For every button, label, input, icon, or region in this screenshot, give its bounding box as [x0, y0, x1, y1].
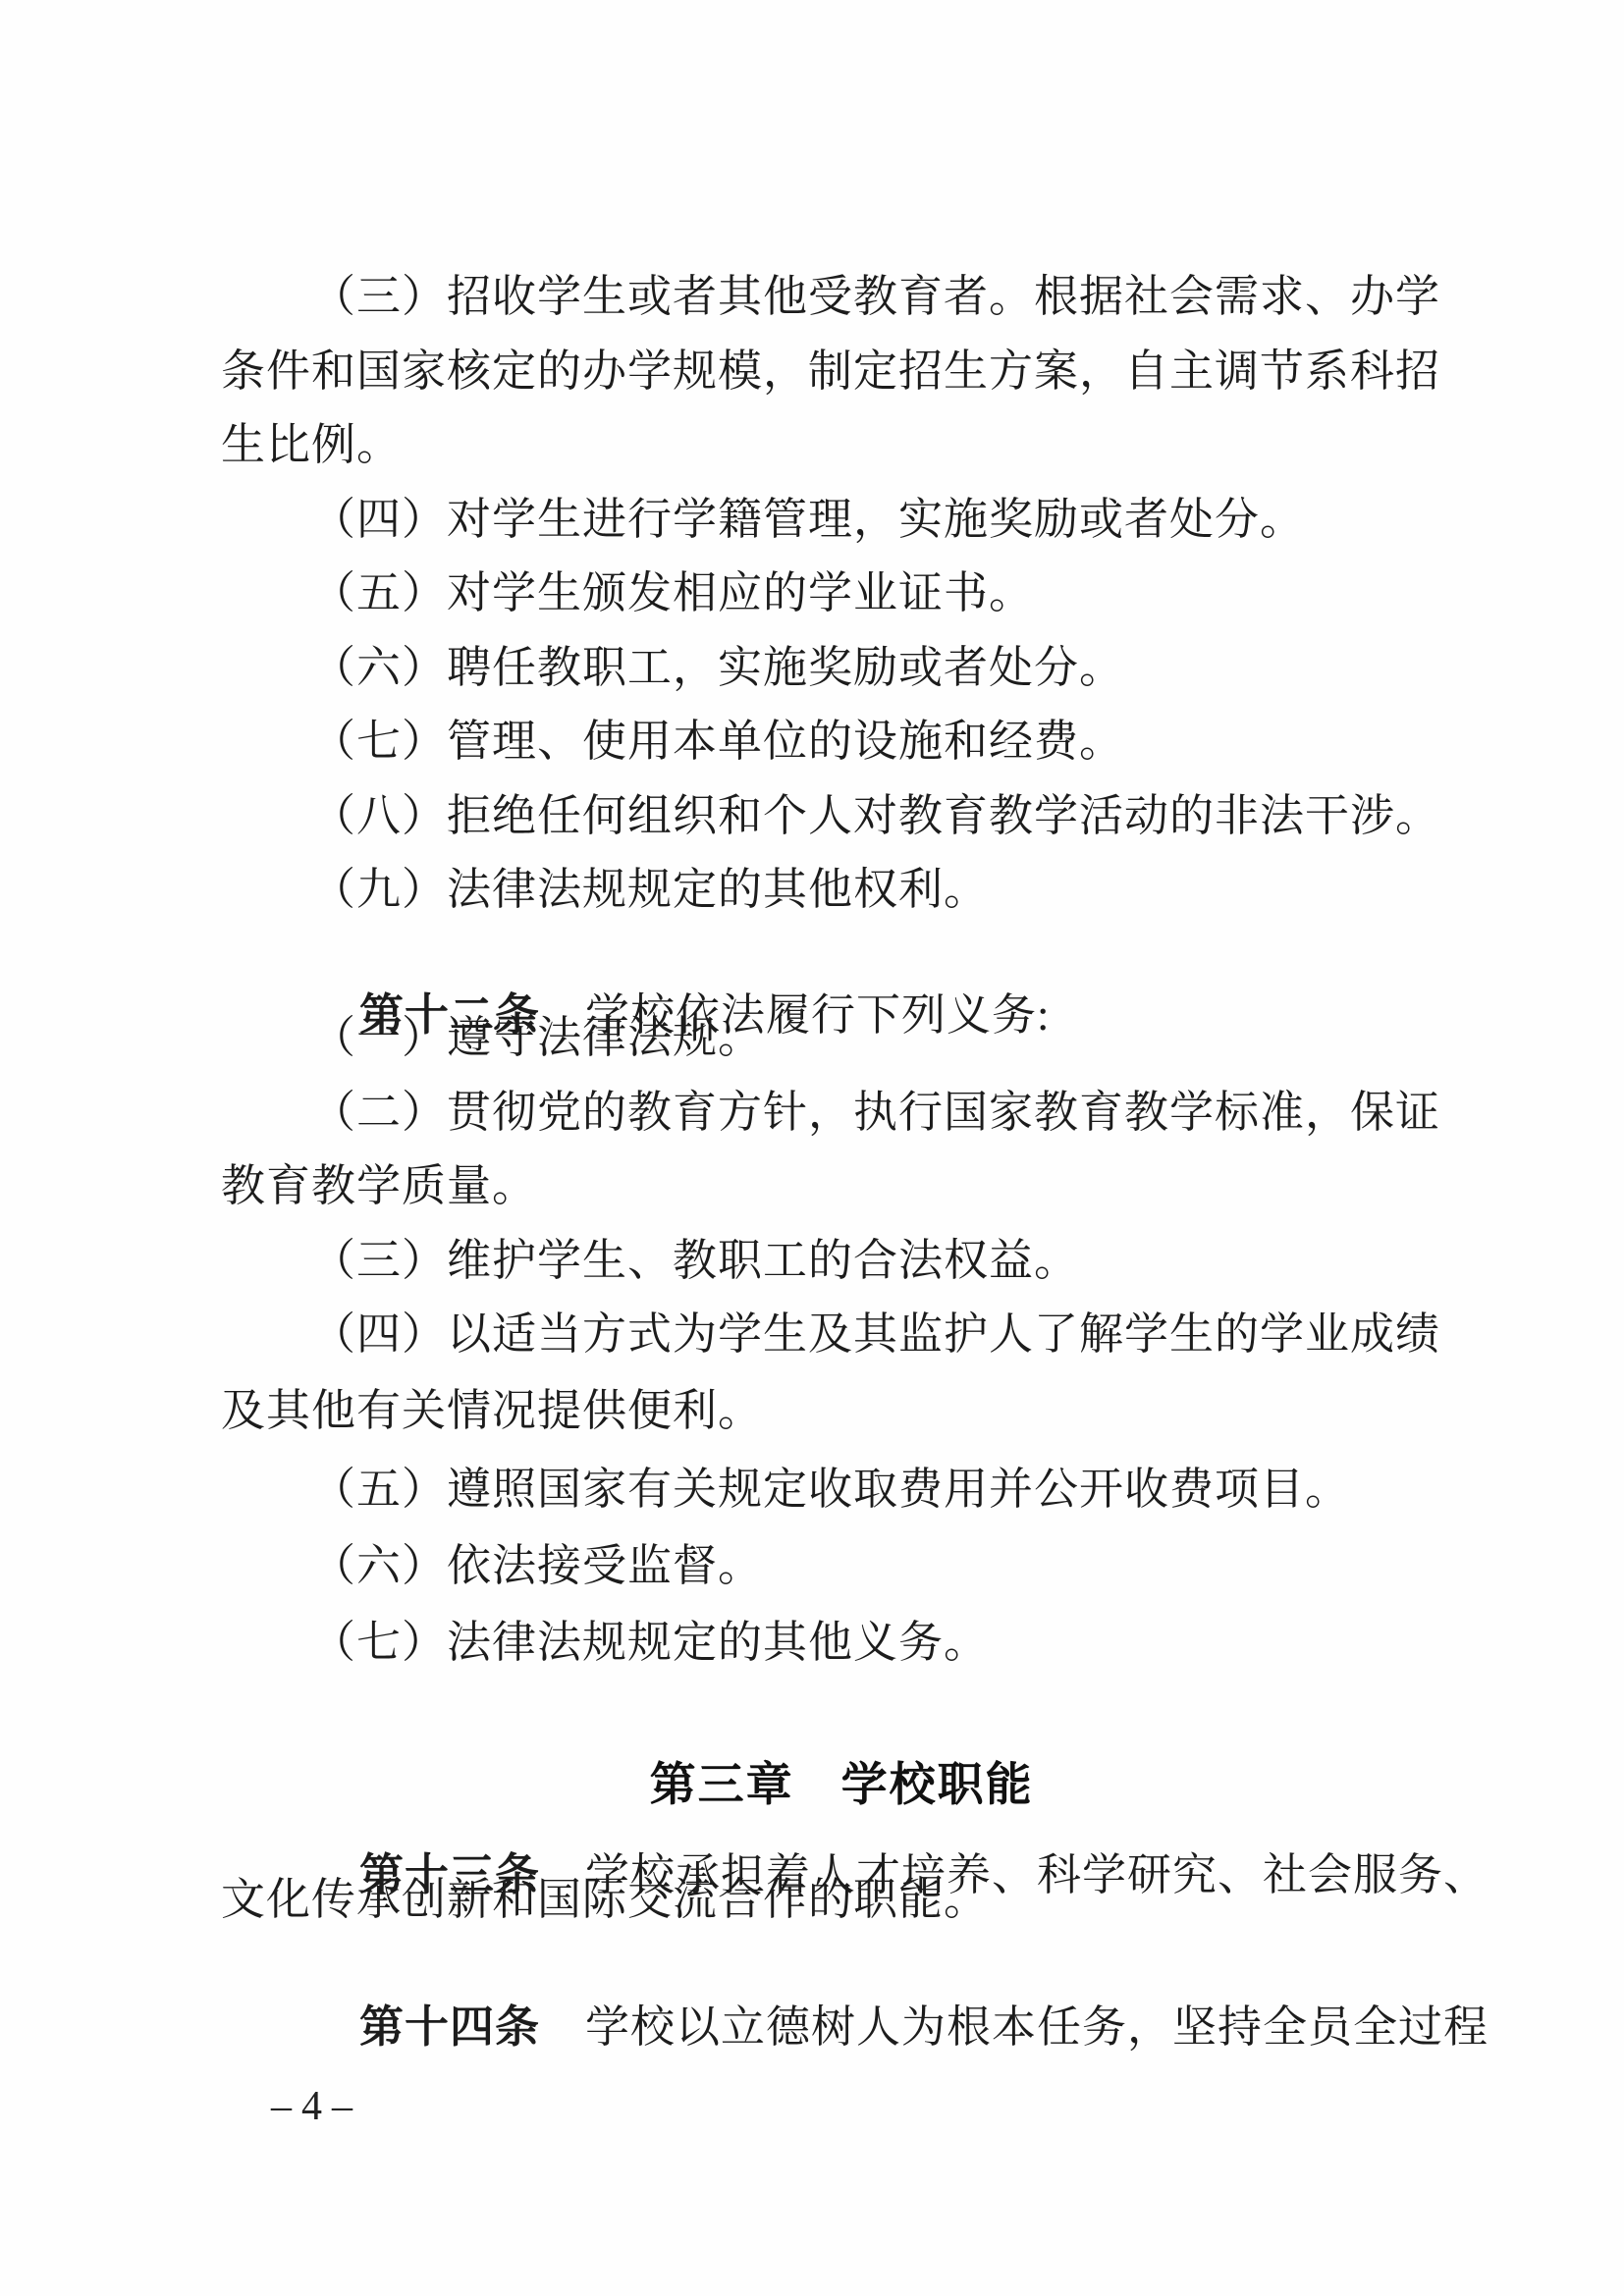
page-number: –4–	[271, 2083, 362, 2130]
article-number: 第十四条	[359, 2002, 540, 2052]
body-line: 及其他有关情况提供便利。	[221, 1386, 763, 1437]
body-line: （三）招收学生或者其他受教育者。根据社会需求、办学	[311, 272, 1440, 323]
body-line: （四）以适当方式为学生及其监护人了解学生的学业成绩	[311, 1309, 1440, 1361]
body-line: （九）法律法规规定的其他权利。	[311, 865, 989, 916]
article-text: 学校以立德树人为根本任务，坚持全员全过程	[585, 2002, 1489, 2052]
body-line: （七）法律法规规定的其他义务。	[311, 1618, 989, 1669]
body-line: 生比例。	[221, 420, 402, 471]
body-line: （六）依法接受监督。	[311, 1541, 763, 1592]
body-line: 文化传承创新和国际交流合作的职能。	[221, 1875, 989, 1926]
body-line: （四）对学生进行学籍管理，实施奖励或者处分。	[311, 495, 1305, 546]
body-line: （二）贯彻党的教育方针，执行国家教育教学标准，保证	[311, 1088, 1440, 1139]
body-line: （三）维护学生、教职工的合法权益。	[311, 1236, 1079, 1287]
body-line: （八）拒绝任何组织和个人对教育教学活动的非法干涉。	[311, 791, 1440, 842]
body-line: 教育教学质量。	[221, 1161, 537, 1212]
body-line: （五）对学生颁发相应的学业证书。	[311, 568, 1034, 619]
body-line: （七）管理、使用本单位的设施和经费。	[311, 717, 1124, 768]
body-line: （五）遵照国家有关规定收取费用并公开收费项目。	[311, 1465, 1350, 1516]
body-line: 条件和国家核定的办学规模，制定招生方案，自主调节系科招	[221, 347, 1440, 398]
body-line: （六）聘任教职工，实施奖励或者处分。	[311, 643, 1124, 694]
article-line: 第十四条学校以立德树人为根本任务，坚持全员全过程	[311, 1951, 1489, 2104]
document-page: （三）招收学生或者其他受教育者。根据社会需求、办学 条件和国家核定的办学规模，制…	[0, 0, 1624, 2296]
body-line: （一）遵守法律法规。	[311, 1013, 763, 1064]
